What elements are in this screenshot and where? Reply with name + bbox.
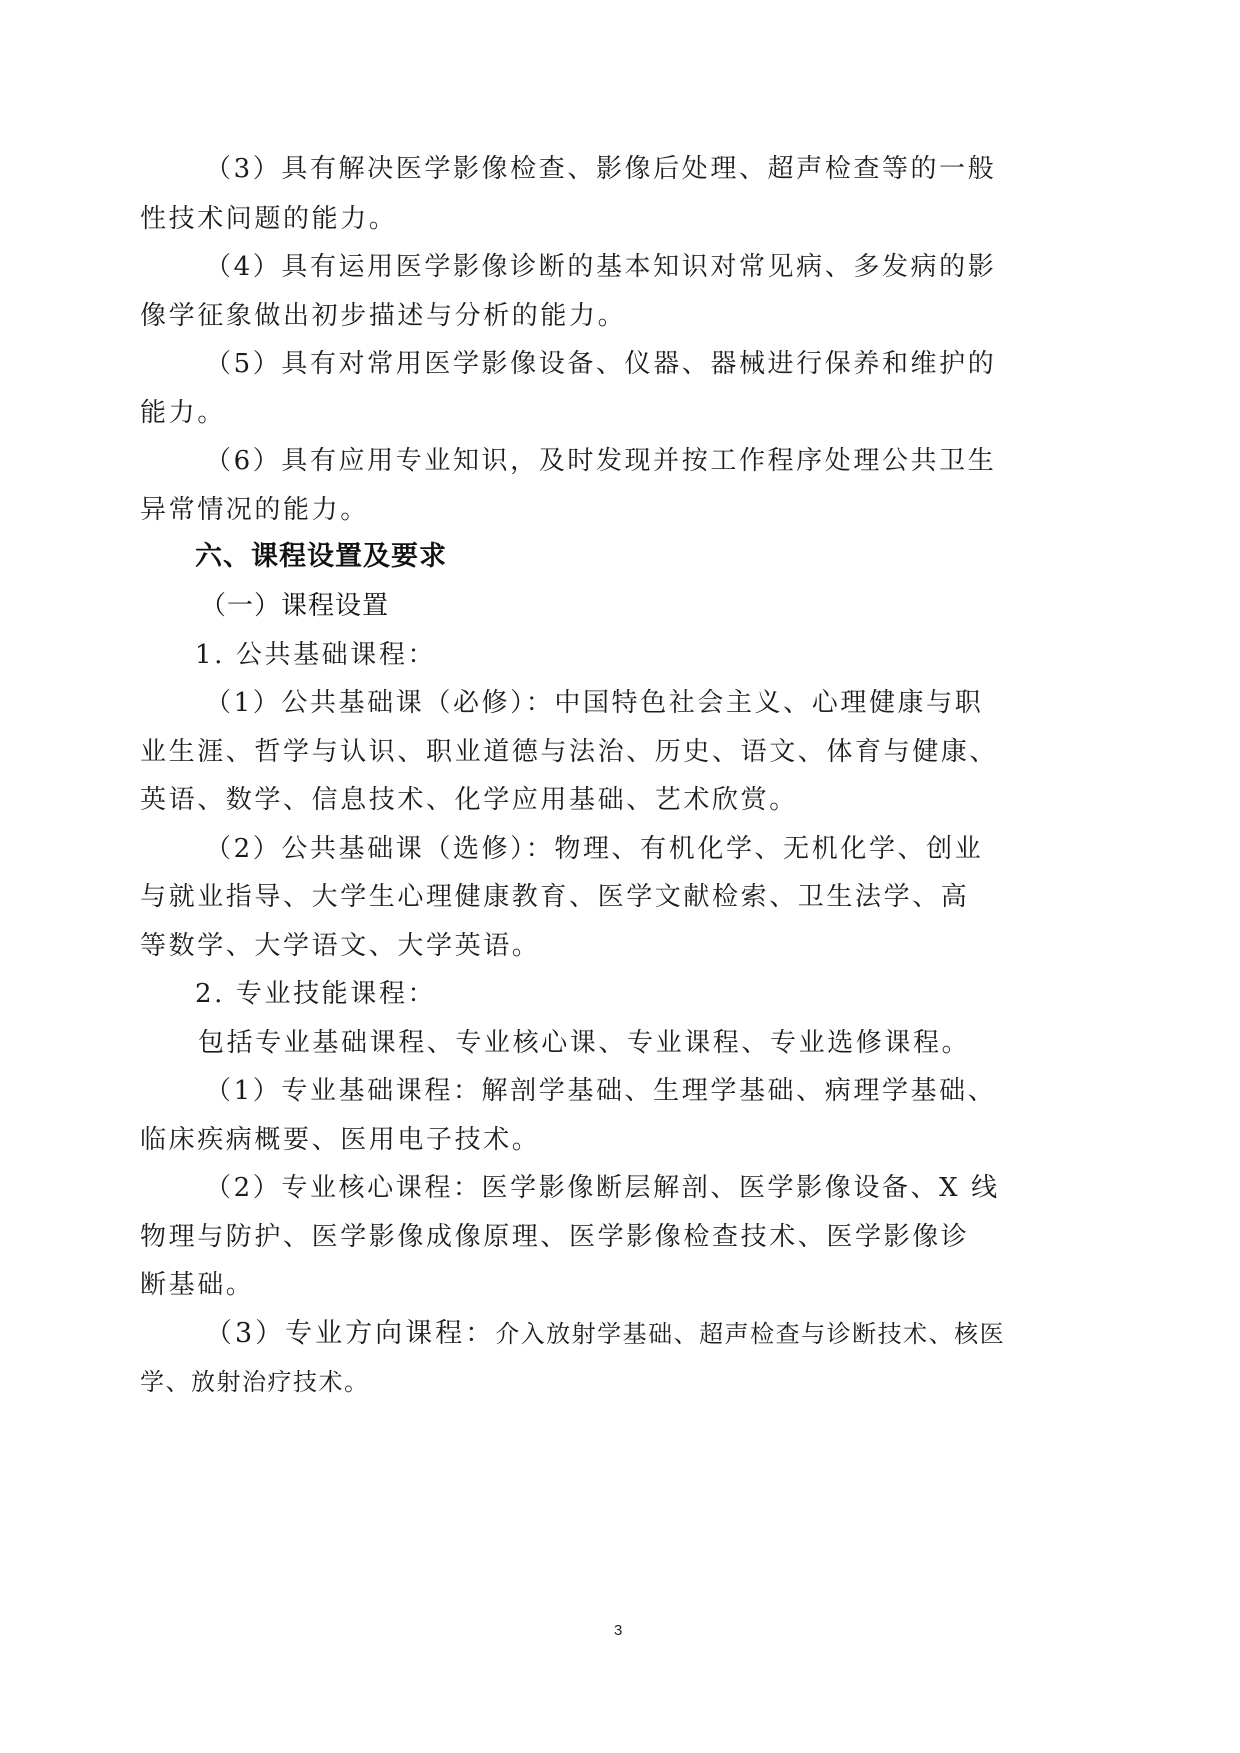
ability-3-line-1: （3）具有解决医学影像检查、影像后处理、超声检查等的一般 — [205, 152, 996, 186]
ability-5-line-1: （5）具有对常用医学影像设备、仪器、器械进行保养和维护的 — [205, 347, 996, 381]
direction-courses-line-1: （3）专业方向课程：介入放射学基础、超声检查与诊断技术、核医 — [205, 1317, 1005, 1351]
direction-courses-label: （3）专业方向课程： — [205, 1318, 495, 1349]
ability-5-line-2: 能力。 — [140, 396, 226, 430]
foundation-courses-line-1: （1）专业基础课程：解剖学基础、生理学基础、病理学基础、 — [205, 1074, 996, 1108]
public-required-line-1: （1）公共基础课（必修）：中国特色社会主义、心理健康与职 — [205, 686, 983, 720]
public-required-line-2: 业生涯、哲学与认识、职业道德与法治、历史、语文、体育与健康、 — [140, 735, 998, 769]
core-courses-line-3: 断基础。 — [140, 1268, 254, 1302]
section-heading: 六、课程设置及要求 — [195, 540, 447, 574]
ability-6-line-2: 异常情况的能力。 — [140, 493, 369, 527]
direction-courses-list-cont: 学、放射治疗技术。 — [140, 1368, 370, 1396]
public-required-line-3: 英语、数学、信息技术、化学应用基础、艺术欣赏。 — [140, 783, 798, 817]
ability-4-line-1: （4）具有运用医学影像诊断的基本知识对常见病、多发病的影 — [205, 250, 996, 284]
document-page: （3）具有解决医学影像检查、影像后处理、超声检查等的一般 性技术问题的能力。 （… — [0, 0, 1240, 1753]
subsection-heading: （一）课程设置 — [200, 589, 389, 623]
ability-3-line-2: 性技术问题的能力。 — [140, 202, 397, 236]
public-elective-line-2: 与就业指导、大学生心理健康教育、医学文献检索、卫生法学、高 — [140, 880, 969, 914]
public-elective-line-3: 等数学、大学语文、大学英语。 — [140, 929, 540, 963]
ability-4-line-2: 像学征象做出初步描述与分析的能力。 — [140, 299, 626, 333]
foundation-courses-line-2: 临床疾病概要、医用电子技术。 — [140, 1123, 540, 1157]
direction-courses-list: 介入放射学基础、超声检查与诊断技术、核医 — [495, 1320, 1005, 1348]
direction-courses-line-2: 学、放射治疗技术。 — [140, 1365, 370, 1399]
public-courses-title: 1. 公共基础课程： — [195, 638, 436, 672]
professional-courses-intro: 包括专业基础课程、专业核心课、专业课程、专业选修课程。 — [198, 1026, 970, 1060]
core-courses-line-2: 物理与防护、医学影像成像原理、医学影像检查技术、医学影像诊 — [140, 1220, 969, 1254]
page-number: 3 — [614, 1622, 622, 1639]
ability-6-line-1: （6）具有应用专业知识，及时发现并按工作程序处理公共卫生 — [205, 444, 996, 478]
core-courses-line-1: （2）专业核心课程：医学影像断层解剖、医学影像设备、X 线 — [205, 1171, 1000, 1205]
public-elective-line-1: （2）公共基础课（选修）：物理、有机化学、无机化学、创业 — [205, 832, 983, 866]
professional-courses-title: 2. 专业技能课程： — [195, 977, 436, 1011]
